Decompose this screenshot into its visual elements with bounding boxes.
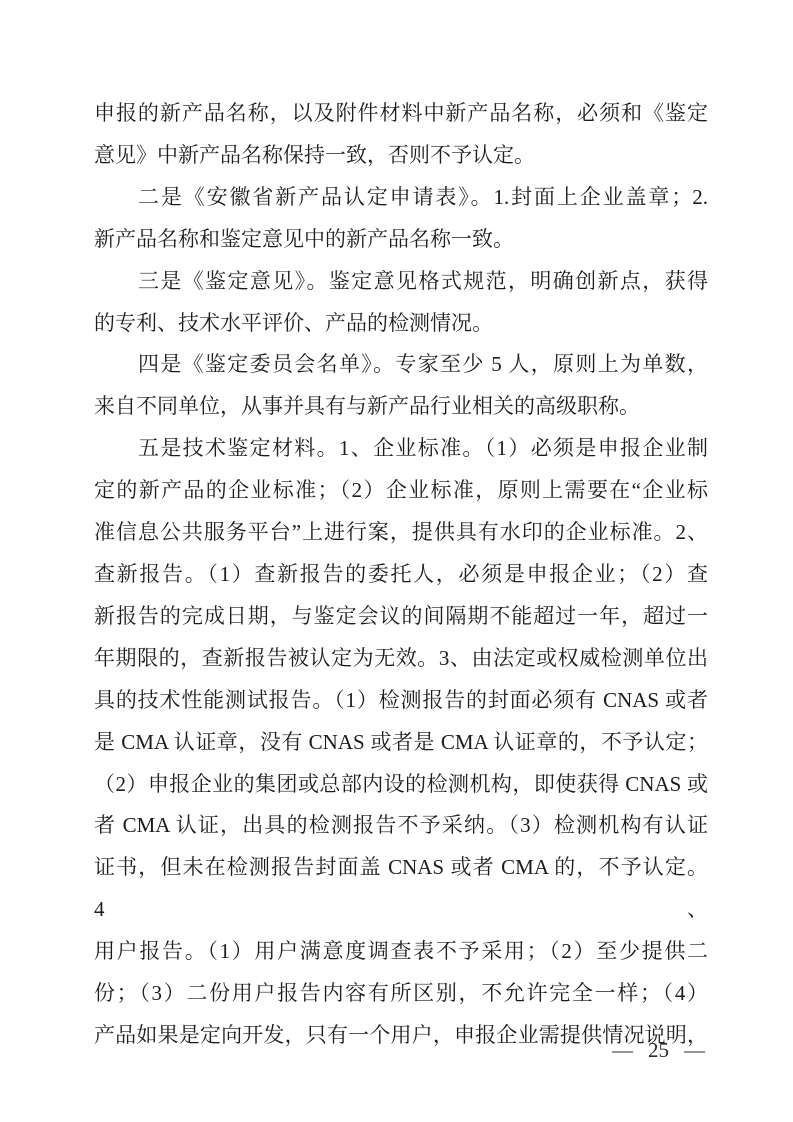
text-line-p2-l2: 新产品名称和鉴定意见中的新产品名称一致。 xyxy=(94,219,708,261)
footer-dash-right: — xyxy=(684,1036,705,1064)
text-line-p1-l2: 意见》中新产品名称保持一致，否则不予认定。 xyxy=(94,135,708,177)
page-number: 25 xyxy=(648,1036,669,1064)
text-line-p1-l1: 申报的新产品名称，以及附件材料中新产品名称，必须和《鉴定 xyxy=(94,93,708,135)
text-line-p2-l1: 二是《安徽省新产品认定申请表》。1.封面上企业盖章；2. xyxy=(94,177,708,219)
text-line-p5-l9: （2）申报企业的集团或总部内设的检测机构，即使获得 CNAS 或 xyxy=(94,764,708,806)
text-line-p5-l8: 是 CMA 认证章，没有 CNAS 或者是 CMA 认证章的，不予认定； xyxy=(94,722,708,764)
text-line-p5-l4: 查新报告。（1）查新报告的委托人，必须是申报企业；（2）查 xyxy=(94,554,708,596)
text-line-p5-l5: 新报告的完成日期，与鉴定会议的间隔期不能超过一年，超过一 xyxy=(94,596,708,638)
text-line-p5-l12: 用户报告。（1）用户满意度调查表不予采用；（2）至少提供二 xyxy=(94,931,708,973)
text-line-p5-l3: 准信息公共服务平台”上进行案，提供具有水印的企业标准。2、 xyxy=(94,512,708,554)
text-line-p5-l2: 定的新产品的企业标准；（2）企业标准，原则上需要在“企业标 xyxy=(94,470,708,512)
footer-dash-left: — xyxy=(612,1036,633,1064)
text-line-p5-l1: 五是技术鉴定材料。1、企业标准。（1）必须是申报企业制 xyxy=(94,428,708,470)
text-line-p5-l7: 具的技术性能测试报告。（1）检测报告的封面必须有 CNAS 或者 xyxy=(94,680,708,722)
text-line-p5-l6: 年期限的，查新报告被认定为无效。3、由法定或权威检测单位出 xyxy=(94,638,708,680)
text-line-p4-l2: 来自不同单位，从事并具有与新产品行业相关的高级职称。 xyxy=(94,386,708,428)
text-line-p5-l10: 者 CMA 认证，出具的检测报告不予采纳。（3）检测机构有认证 xyxy=(94,805,708,847)
text-line-p3-l1: 三是《鉴定意见》。鉴定意见格式规范，明确创新点，获得 xyxy=(94,261,708,303)
text-line-p4-l1: 四是《鉴定委员会名单》。专家至少 5 人，原则上为单数， xyxy=(94,344,708,386)
document-page: 申报的新产品名称，以及附件材料中新产品名称，必须和《鉴定意见》中新产品名称保持一… xyxy=(0,0,793,1122)
text-line-p5-l13: 份；（3）二份用户报告内容有所区别，不允许完全一样；（4） xyxy=(94,973,708,1015)
page-footer: — 25 — xyxy=(612,1036,705,1064)
document-body: 申报的新产品名称，以及附件材料中新产品名称，必须和《鉴定意见》中新产品名称保持一… xyxy=(94,93,708,1057)
text-line-p5-l11: 证书，但未在检测报告封面盖 CNAS 或者 CMA 的，不予认定。4、 xyxy=(94,847,708,931)
text-line-p3-l2: 的专利、技术水平评价、产品的检测情况。 xyxy=(94,303,708,345)
